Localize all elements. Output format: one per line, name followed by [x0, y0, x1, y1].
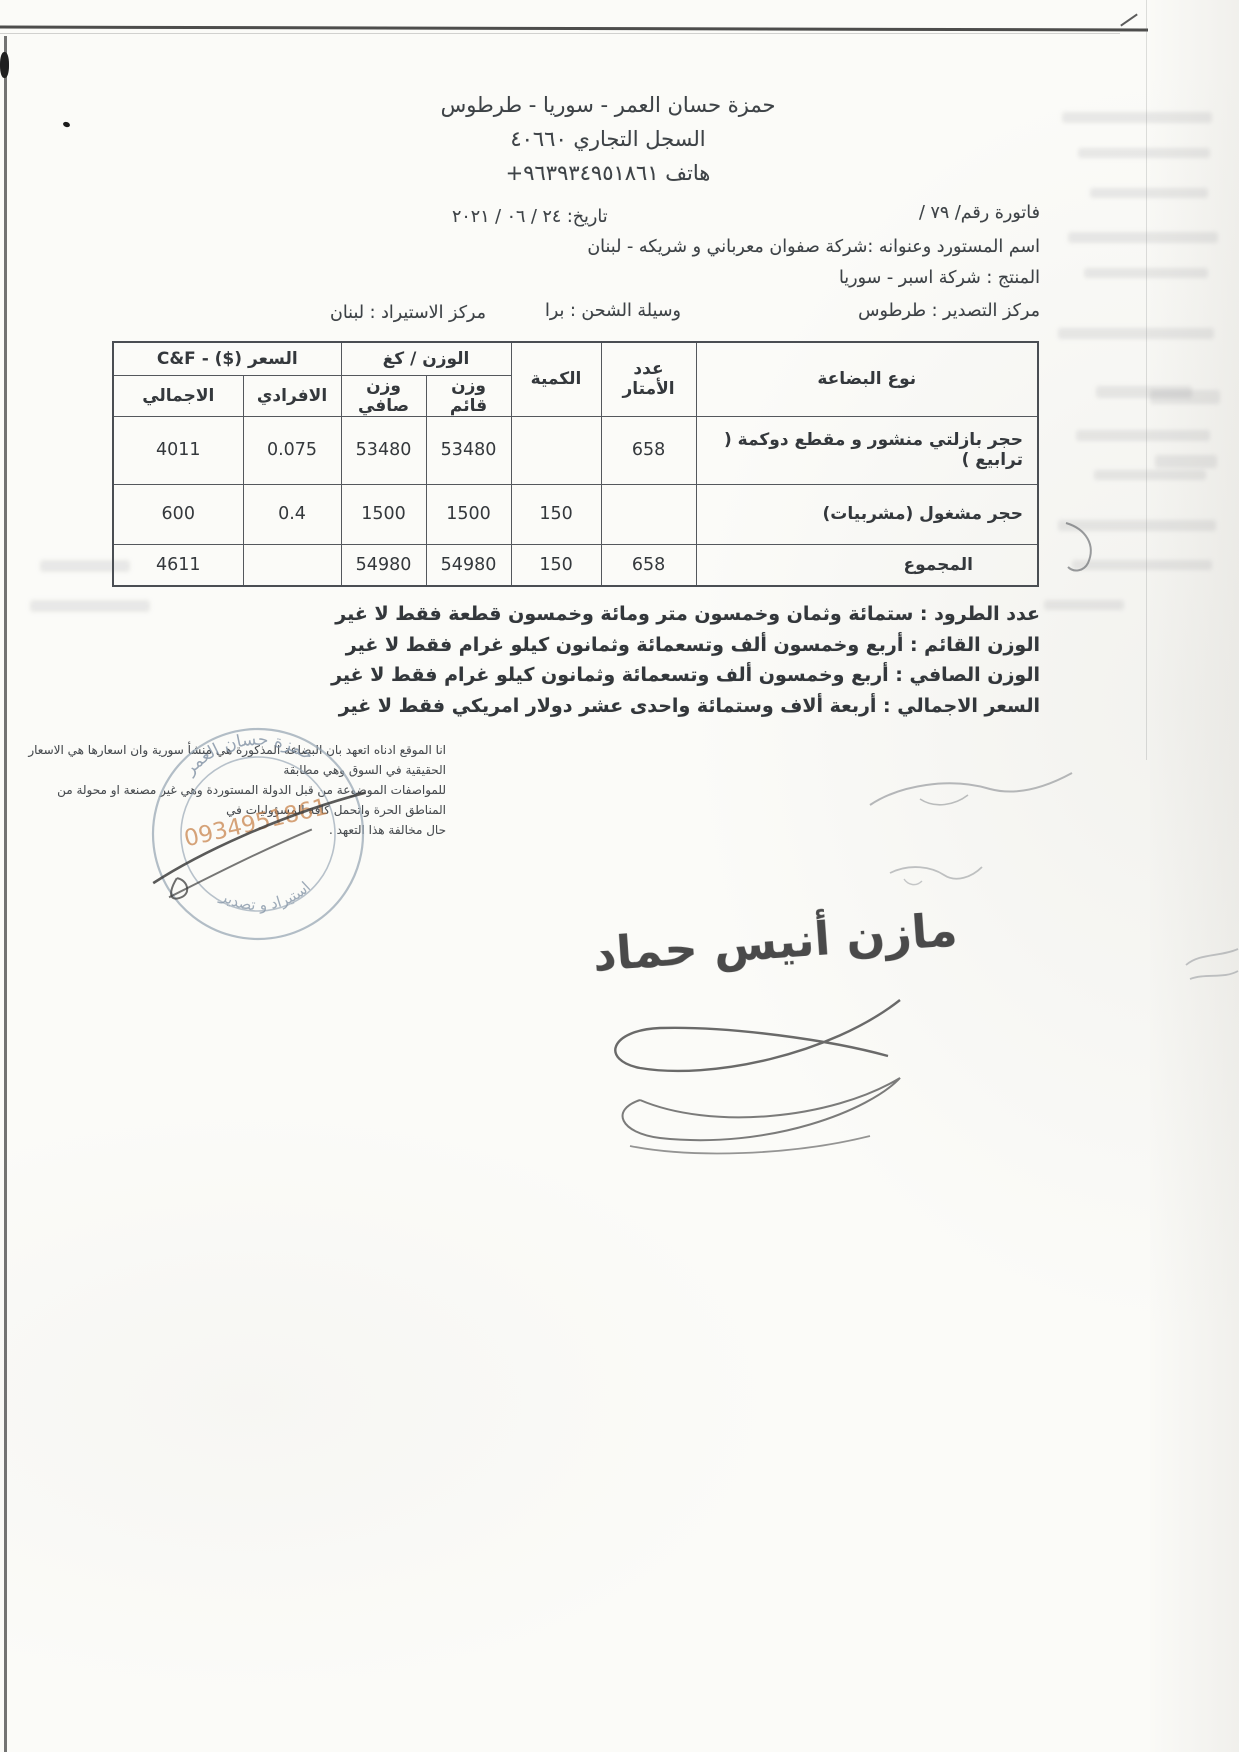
meters-value: 658: [601, 416, 696, 484]
scan-artifact-top-right-tick: [1120, 13, 1138, 26]
phone-number: +٩٦٣٩٣٤٩٥١٨٦١: [506, 161, 659, 185]
bleed-ghost: [1090, 188, 1208, 198]
unit-price-total: [243, 544, 341, 586]
packages-in-words: عدد الطرود : ستمائة وثمان وخمسون متر وما…: [331, 599, 1040, 630]
goods-table: نوع البضاعة عدد الأمتار الكمية الوزن / ك…: [112, 341, 1039, 587]
col-header-goods: نوع البضاعة: [696, 342, 1038, 416]
col-header-price-group: السعر C&F - ($): [113, 342, 341, 375]
bleed-ghost: [1062, 112, 1212, 123]
edge-scrawl: [1182, 935, 1239, 995]
stamp-phone-number: 0934951861: [182, 794, 330, 852]
scanned-invoice-page: حمزة حسان العمر - سوريا - طرطوس السجل ال…: [0, 0, 1239, 1752]
bleed-ghost: [1094, 470, 1206, 480]
written-totals: عدد الطرود : ستمائة وثمان وخمسون متر وما…: [331, 599, 1040, 721]
flourish-loop: [615, 1000, 900, 1071]
col-header-unit-price: الافرادي: [243, 375, 341, 416]
shipping-method: وسيلة الشحن : برا: [545, 301, 681, 321]
scan-artifact-left-edge: [4, 36, 7, 1752]
scan-artifact-corner-blob: [0, 52, 9, 78]
unit-price-value: 0.075: [243, 416, 341, 484]
bleed-ghost: [1068, 232, 1218, 243]
net-weight-value: 1500: [341, 484, 426, 544]
commercial-register: السجل التجاري ٤٠٦٦٠: [408, 122, 808, 156]
producer-line: المنتج : شركة اسبر - سوريا: [839, 268, 1040, 288]
total-price-value: 4011: [113, 416, 243, 484]
goods-description: حجر مشغول (مشربيات): [696, 484, 1038, 544]
meters-value: [601, 484, 696, 544]
scan-artifact-top-line-echo: [0, 33, 1120, 34]
bleed-ghost: [1058, 328, 1214, 339]
col-header-meters: عدد الأمتار: [601, 342, 696, 416]
gross-weight-in-words: الوزن القائم : أربع وخمسون ألف وتسعمائة …: [331, 630, 1040, 661]
importer-line: اسم المستورد وعنوانه :شركة صفوان معرباني…: [587, 237, 1040, 257]
invoice-date: تاريخ: ٢٤ / ٠٦ / ٢٠٢١: [452, 207, 608, 227]
pen-hook-mark: [1052, 515, 1112, 575]
bleed-ghost: [1084, 268, 1208, 278]
scan-artifact-right-band: [1150, 0, 1239, 1752]
phone-line: هاتف +٩٦٣٩٣٤٩٥١٨٦١: [408, 156, 808, 190]
scan-artifact-top-line: [0, 25, 1148, 31]
goods-description: حجر بازلتي منشور و مقطع دوكمة ( ترابيع ): [696, 416, 1038, 484]
net-weight-value: 53480: [341, 416, 426, 484]
price-group-latin: C&F - ($): [157, 349, 242, 369]
company-stamp: حمزة حسان العمر استيراد و تصدير 09349518…: [129, 705, 388, 964]
bleed-ghost: [1076, 430, 1210, 441]
pencil-stroke: [890, 867, 982, 879]
table-row-totals: المجموع 658 150 54980 54980 4611: [113, 544, 1038, 586]
scan-artifact-ink-dot: [62, 121, 70, 128]
table-row: حجر بازلتي منشور و مقطع دوكمة ( ترابيع )…: [113, 416, 1038, 484]
company-name-line: حمزة حسان العمر - سوريا - طرطوس: [408, 88, 808, 122]
stamp-graphic: حمزة حسان العمر استيراد و تصدير 09349518…: [129, 705, 388, 964]
bleed-ghost: [1044, 600, 1124, 610]
col-header-net-weight: وزن صافي: [341, 375, 426, 416]
net-weight-total: 54980: [341, 544, 426, 586]
col-header-total-price: الاجمالي: [113, 375, 243, 416]
col-header-gross-weight: وزن قائم: [426, 375, 511, 416]
pen-stroke: [1066, 523, 1091, 570]
quantity-value: [511, 416, 601, 484]
stamp-top-text: حمزة حسان العمر: [176, 722, 319, 781]
quantity-total: 150: [511, 544, 601, 586]
net-weight-in-words: الوزن الصافي : أربع وخمسون ألف وتسعمائة …: [331, 660, 1040, 691]
flourish-loop: [623, 1078, 900, 1140]
col-header-weight-group: الوزن / كغ: [341, 342, 511, 375]
bleed-ghost: [30, 600, 150, 612]
col-header-quantity: الكمية: [511, 342, 601, 416]
stamp-bottom-text: استيراد و تصدير: [215, 876, 316, 920]
total-price-in-words: السعر الاجمالي : أربعة ألاف وستمائة واحد…: [331, 691, 1040, 722]
company-header: حمزة حسان العمر - سوريا - طرطوس السجل ال…: [408, 88, 808, 190]
pencil-stroke: [870, 773, 1072, 805]
gross-weight-total: 54980: [426, 544, 511, 586]
pencil-scrawls-right: [860, 755, 1080, 905]
svg-text:استيراد و تصدير: استيراد و تصدير: [215, 876, 316, 920]
gross-weight-value: 1500: [426, 484, 511, 544]
total-price-value: 600: [113, 484, 243, 544]
export-center: مركز التصدير : طرطوس: [858, 301, 1040, 321]
signature-flourish: [570, 960, 990, 1180]
invoice-number: فاتورة رقم/ ٧٩ /: [919, 203, 1040, 223]
import-center: مركز الاستيراد : لبنان: [330, 303, 486, 323]
pencil-stroke: [1186, 949, 1238, 979]
gross-weight-value: 53480: [426, 416, 511, 484]
table-row: حجر مشغول (مشربيات) 150 1500 1500 0.4 60…: [113, 484, 1038, 544]
svg-text:حمزة حسان العمر: حمزة حسان العمر: [176, 722, 319, 781]
phone-label: هاتف: [665, 161, 710, 185]
bleed-ghost: [1155, 455, 1217, 468]
price-group-arabic: السعر: [248, 349, 298, 369]
unit-price-value: 0.4: [243, 484, 341, 544]
quantity-value: 150: [511, 484, 601, 544]
meters-total: 658: [601, 544, 696, 586]
grand-total: 4611: [113, 544, 243, 586]
bleed-ghost: [1150, 390, 1220, 404]
totals-label: المجموع: [696, 544, 1038, 586]
bleed-ghost: [1078, 148, 1210, 158]
pen-scrawl: [145, 793, 373, 884]
pencil-stroke: [920, 795, 968, 805]
pencil-stroke: [904, 879, 922, 885]
